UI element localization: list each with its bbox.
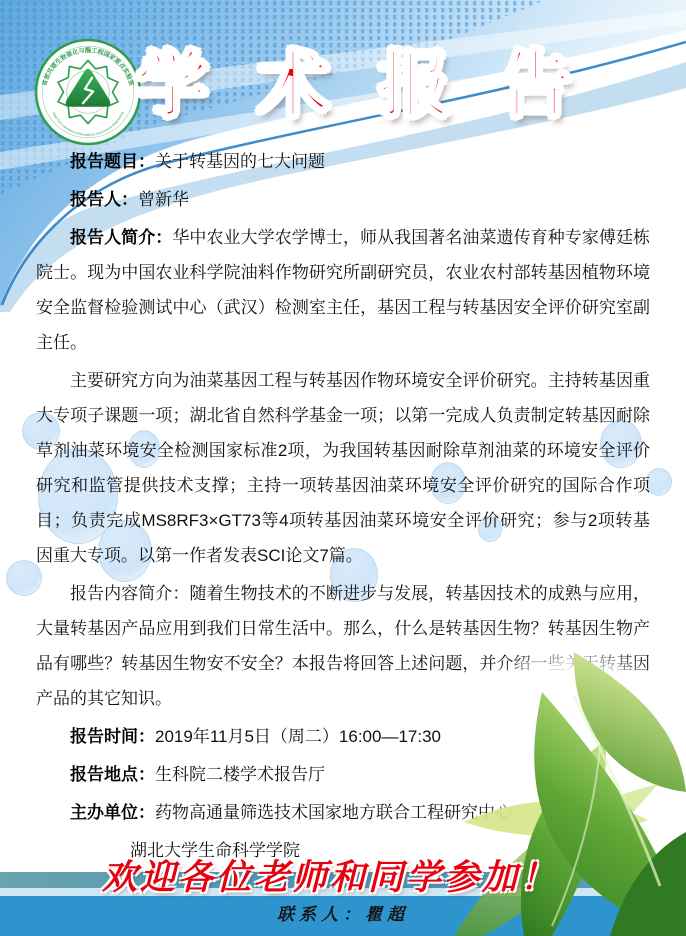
speaker-line: 报告人：曾新华 bbox=[36, 182, 650, 217]
lab-logo-icon: 省部共建生物催化与酶工程国家重点实验室 State Key Laboratory… bbox=[34, 38, 142, 146]
contact-label: 联系人： bbox=[277, 905, 365, 925]
topic-line: 报告题目：关于转基因的七大问题 bbox=[36, 144, 650, 179]
welcome-text: 欢迎各位老师和同学参加！ bbox=[0, 850, 660, 900]
venue-value: 生科院二楼学术报告厅 bbox=[155, 765, 325, 784]
research-paragraph: 主要研究方向为油菜基因工程与转基因作物环境安全评价研究。主持转基因重大专项子课题… bbox=[36, 363, 650, 573]
contact-value: 瞿超 bbox=[365, 905, 409, 925]
abstract-label: 报告内容简介： bbox=[70, 584, 189, 603]
speaker-value: 曾新华 bbox=[138, 190, 189, 209]
topic-label: 报告题目： bbox=[70, 152, 155, 171]
contact-line: 联系人：瞿超 bbox=[0, 900, 686, 925]
time-value: 2019年11月5日（周二）16:00—17:30 bbox=[155, 727, 441, 746]
time-label: 报告时间： bbox=[70, 727, 155, 746]
speaker-label: 报告人： bbox=[70, 190, 138, 209]
bio-paragraph: 报告人简介：华中农业大学农学博士，师从我国著名油菜遗传育种专家傅廷栋院士。现为中… bbox=[36, 220, 650, 360]
host-label: 主办单位： bbox=[70, 803, 155, 822]
bio-label: 报告人简介： bbox=[70, 228, 172, 247]
topic-value: 关于转基因的七大问题 bbox=[155, 152, 325, 171]
page-title: 学 术 报 告 bbox=[130, 42, 590, 128]
venue-label: 报告地点： bbox=[70, 765, 155, 784]
poster: 省部共建生物催化与酶工程国家重点实验室 State Key Laboratory… bbox=[0, 0, 686, 936]
